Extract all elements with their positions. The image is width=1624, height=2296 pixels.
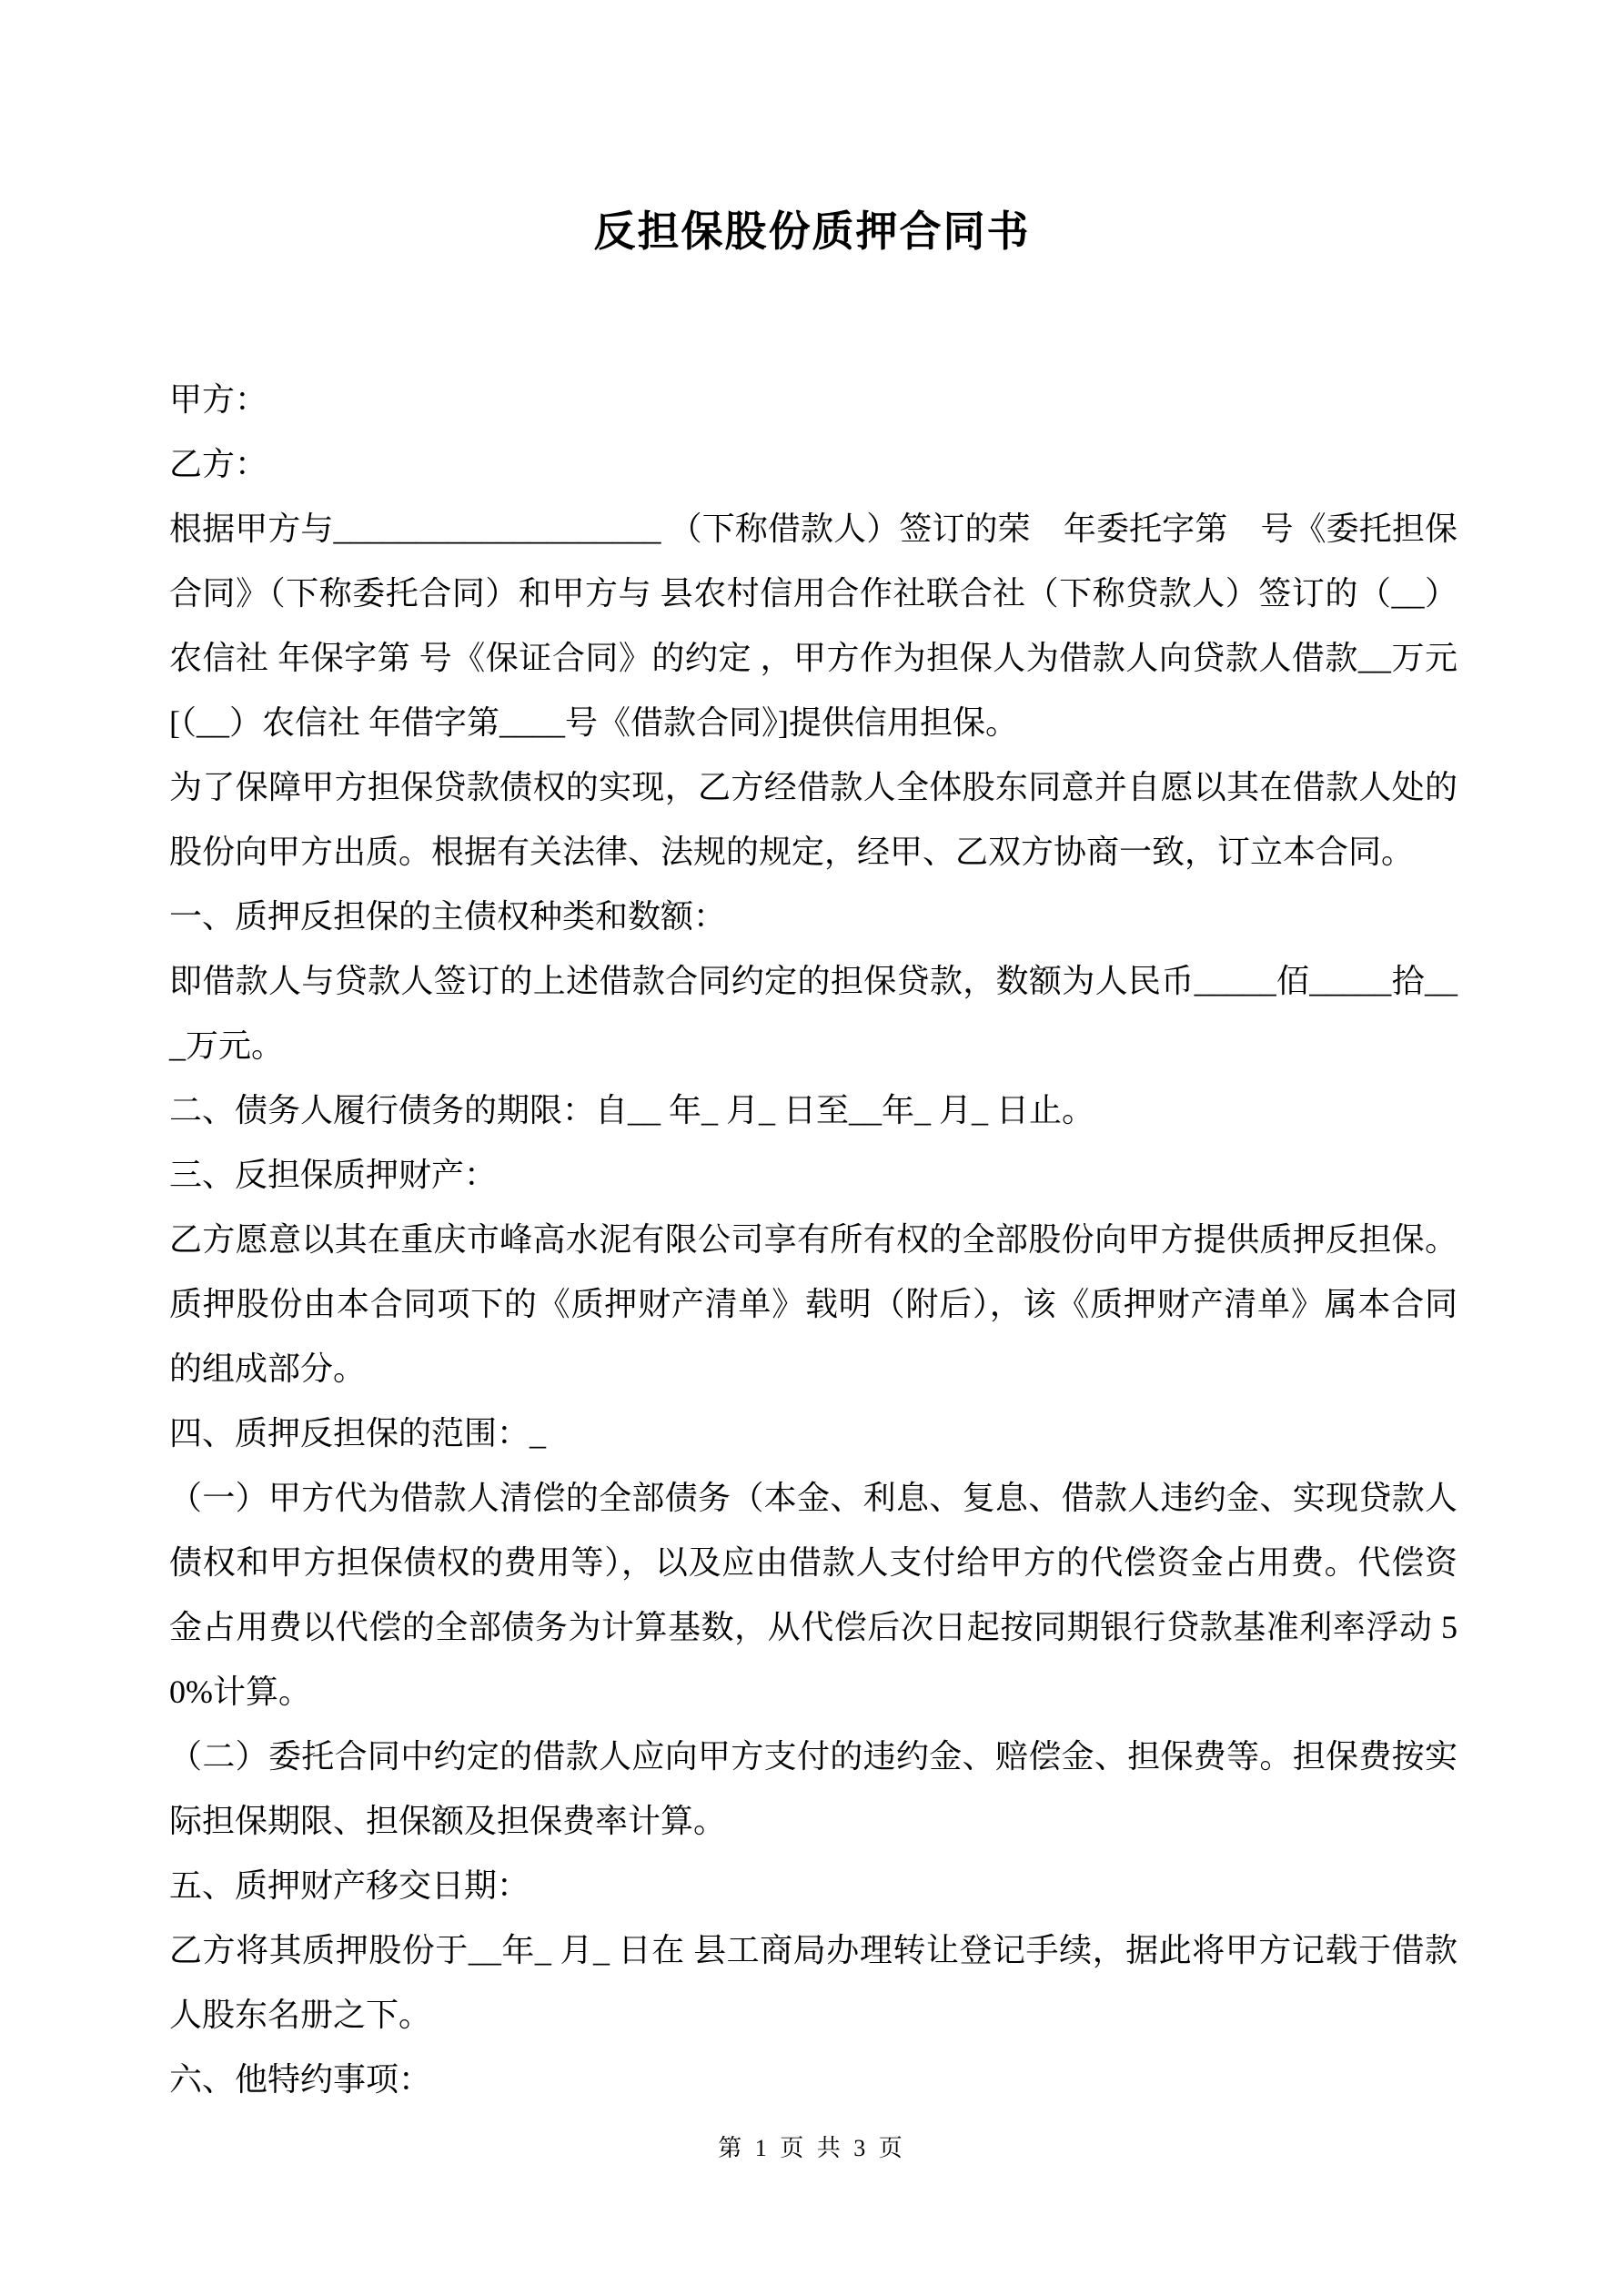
section-3-property-paragraph: 乙方愿意以其在重庆市峰高水泥有限公司享有所有权的全部股份向甲方提供质押反担保。质… [169,1208,1458,1401]
section-1-heading: 一、质押反担保的主债权种类和数额： [169,885,1458,949]
party-b-line: 乙方： [169,432,1458,497]
contract-body: 甲方： 乙方： 根据甲方与____________________ （下称借款人… [169,368,1458,2112]
page-number: 第 1 页 共 3 页 [718,2135,906,2161]
section-3-heading: 三、反担保质押财产： [169,1143,1458,1208]
preamble-purpose-paragraph: 为了保障甲方担保贷款债权的实现，乙方经借款人全体股东同意并自愿以其在借款人处的股… [169,755,1458,885]
page-footer: 第 1 页 共 3 页 [0,2129,1624,2163]
section-4-heading: 四、质押反担保的范围：_ [169,1401,1458,1466]
section-4-scope-item-1: （一）甲方代为借款人清偿的全部债务（本金、利息、复息、借款人违约金、实现贷款人债… [169,1466,1458,1725]
section-4-scope-item-2: （二）委托合同中约定的借款人应向甲方支付的违约金、赔偿金、担保费等。担保费按实际… [169,1725,1458,1854]
document-title: 反担保股份质押合同书 [0,198,1624,258]
preamble-basis-paragraph: 根据甲方与____________________ （下称借款人）签订的荣 年委… [169,497,1458,755]
contract-document-page: 反担保股份质押合同书 甲方： 乙方： 根据甲方与________________… [0,0,1624,2296]
section-1-amount-paragraph: 即借款人与贷款人签订的上述借款合同约定的担保贷款，数额为人民币_____佰___… [169,949,1458,1078]
section-6-heading: 六、他特约事项： [169,2048,1458,2112]
section-5-heading: 五、质押财产移交日期： [169,1854,1458,1918]
section-5-transfer-paragraph: 乙方将其质押股份于__年_ 月_ 日在 县工商局办理转让登记手续，据此将甲方记载… [169,1918,1458,2048]
section-2-term-line: 二、债务人履行债务的期限：自__ 年_ 月_ 日至__年_ 月_ 日止。 [169,1078,1458,1143]
party-a-line: 甲方： [169,368,1458,432]
